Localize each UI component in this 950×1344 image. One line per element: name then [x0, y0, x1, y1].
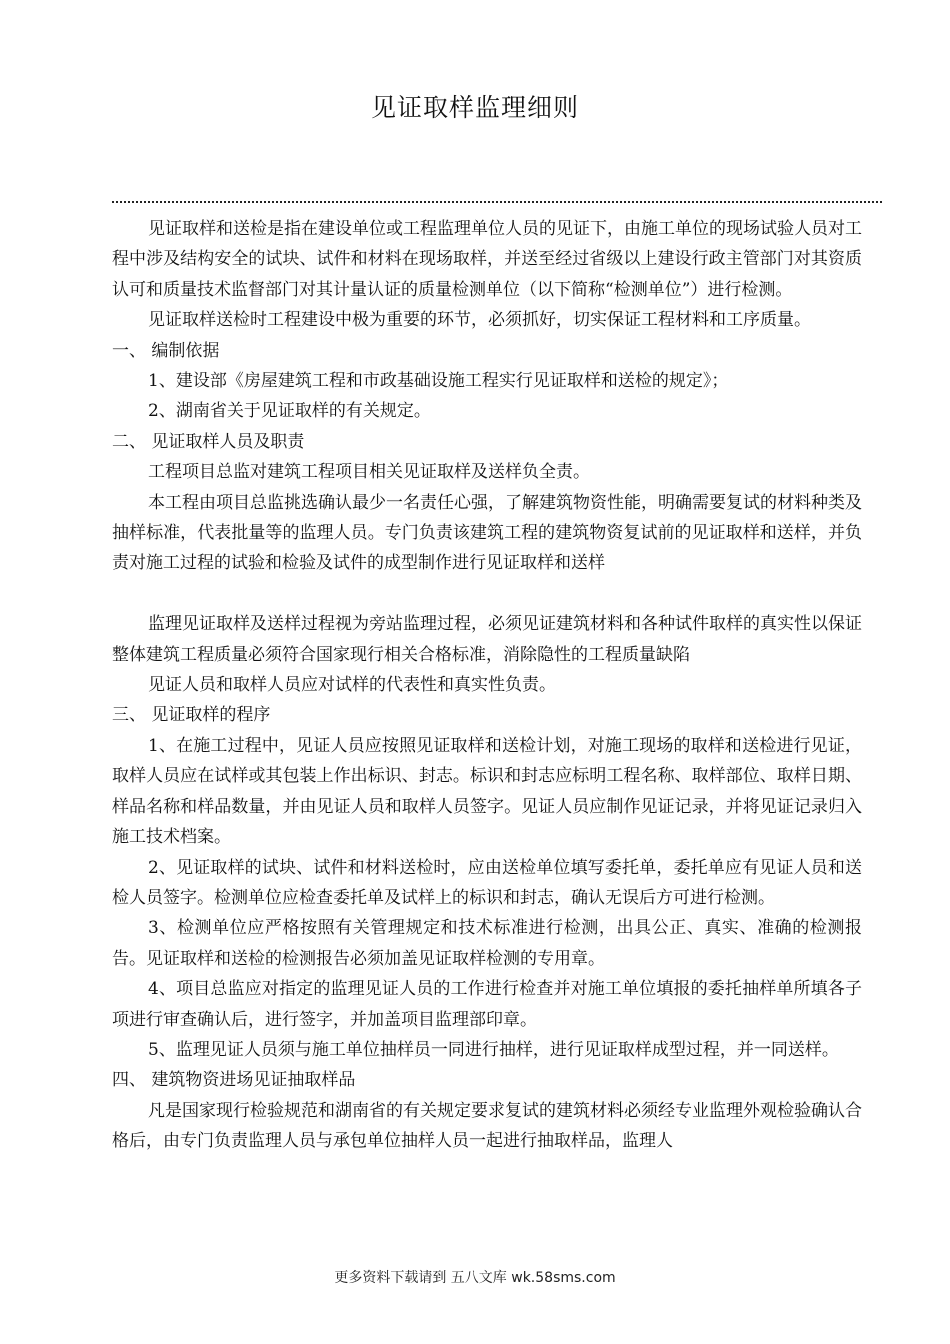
header-divider: [112, 201, 882, 203]
intro-paragraph: 见证取样送检时工程建设中极为重要的环节，必须抓好，切实保证工程材料和工序质量。: [112, 305, 862, 335]
section-heading-procedure: 三、 见证取样的程序: [112, 700, 862, 730]
section-paragraph: 2、见证取样的试块、试件和材料送检时，应由送检单位填写委托单，委托单应有见证人员…: [112, 853, 862, 914]
section-paragraph: 1、在施工过程中，见证人员应按照见证取样和送检计划，对施工现场的取样和送检进行见…: [112, 731, 862, 853]
footer-download-note: 更多资料下载请到 五八文库 wk.58sms.com: [0, 1267, 950, 1287]
section-paragraph: 凡是国家现行检验规范和湖南省的有关规定要求复试的建筑材料必须经专业监理外观检验确…: [112, 1096, 862, 1157]
section-heading-personnel: 二、 见证取样人员及职责: [112, 427, 862, 457]
section-paragraph: 3、检测单位应严格按照有关管理规定和技术标准进行检测，出具公正、真实、准确的检测…: [112, 913, 862, 974]
section-paragraph: 监理见证取样及送样过程视为旁站监理过程，必须见证建筑材料和各种试件取样的真实性以…: [112, 609, 862, 670]
section-heading-sampling: 四、 建筑物资进场见证抽取样品: [112, 1065, 862, 1095]
section-paragraph: 1、建设部《房屋建筑工程和市政基础设施工程实行见证取样和送检的规定》；: [112, 366, 862, 396]
section-paragraph: 本工程由项目总监挑选确认最少一名责任心强，了解建筑物资性能，明确需要复试的材料种…: [112, 488, 862, 579]
section-paragraph: 2、湖南省关于见证取样的有关规定。: [112, 396, 862, 426]
section-paragraph: 见证人员和取样人员应对试样的代表性和真实性负责。: [112, 670, 862, 700]
document-title: 见证取样监理细则: [0, 88, 950, 124]
section-paragraph: 4、项目总监应对指定的监理见证人员的工作进行检查并对施工单位填报的委托抽样单所填…: [112, 974, 862, 1035]
section-heading-basis: 一、 编制依据: [112, 336, 862, 366]
intro-paragraph: 见证取样和送检是指在建设单位或工程监理单位人员的见证下，由施工单位的现场试验人员…: [112, 214, 862, 305]
section-paragraph: 5、监理见证人员须与施工单位抽样员一同进行抽样，进行见证取样成型过程，并一同送样…: [112, 1035, 862, 1065]
section-paragraph: 工程项目总监对建筑工程项目相关见证取样及送样负全责。: [112, 457, 862, 487]
blank-line: [112, 579, 862, 609]
document-body: 见证取样和送检是指在建设单位或工程监理单位人员的见证下，由施工单位的现场试验人员…: [112, 214, 862, 1157]
